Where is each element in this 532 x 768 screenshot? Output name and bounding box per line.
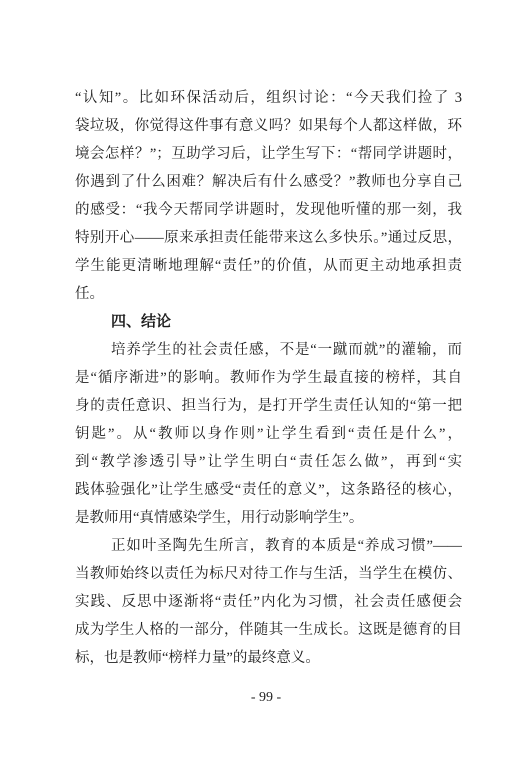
page-number: - 99 -: [0, 690, 532, 706]
document-page: “认知”。比如环保活动后，组织讨论：“今天我们捡了 3 袋垃圾，你觉得这件事有意…: [0, 0, 532, 768]
text-line: “认知”。比如环保活动后，组织讨论：“今天我们捡了 3: [75, 84, 462, 112]
text-line: 当教师始终以责任为标尺对待工作与生活，当学生在模仿、: [75, 560, 462, 588]
text-line: 钥匙”。从“教师以身作则”让学生看到“责任是什么”，: [75, 420, 462, 448]
text-line: 标，也是教师“榜样力量”的最终意义。: [75, 644, 462, 672]
text-line: 实践、反思中逐渐将“责任”内化为习惯，社会责任感便会: [75, 588, 462, 616]
text-line: 成为学生人格的一部分，伴随其一生成长。这既是德育的目: [75, 616, 462, 644]
section-heading: 四、结论: [75, 308, 462, 336]
text-line: 培养学生的社会责任感，不是“一蹴而就”的灌输，而: [75, 336, 462, 364]
text-line: 是“循序渐进”的影响。教师作为学生最直接的榜样，其自: [75, 364, 462, 392]
text-line: 你遇到了什么困难？解决后有什么感受？”教师也分享自己: [75, 168, 462, 196]
text-block: “认知”。比如环保活动后，组织讨论：“今天我们捡了 3 袋垃圾，你觉得这件事有意…: [75, 84, 462, 672]
text-line: 特别开心——原来承担责任能带来这么多快乐。”通过反思，: [75, 224, 462, 252]
text-line: 是教师用“真情感染学生，用行动影响学生”。: [75, 504, 462, 532]
text-line: 践体验强化”让学生感受“责任的意义”，这条路径的核心，: [75, 476, 462, 504]
text-line: 身的责任意识、担当行为，是打开学生责任认知的“第一把: [75, 392, 462, 420]
text-line: 正如叶圣陶先生所言，教育的本质是“养成习惯”——: [75, 532, 462, 560]
text-line: 袋垃圾，你觉得这件事有意义吗？如果每个人都这样做，环: [75, 112, 462, 140]
text-line: 境会怎样？”；互助学习后，让学生写下：“帮同学讲题时，: [75, 140, 462, 168]
text-line: 到“教学渗透引导”让学生明白“责任怎么做”，再到“实: [75, 448, 462, 476]
text-line: 学生能更清晰地理解“责任”的价值，从而更主动地承担责: [75, 252, 462, 280]
text-line: 的感受：“我今天帮同学讲题时，发现他听懂的那一刻，我: [75, 196, 462, 224]
text-line: 任。: [75, 280, 462, 308]
